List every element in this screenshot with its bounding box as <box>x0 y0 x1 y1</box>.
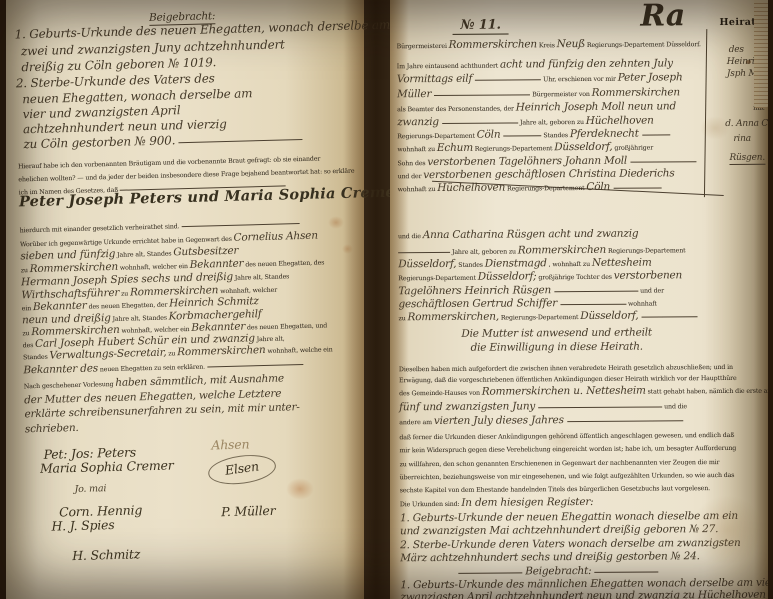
blank-underline <box>179 135 303 143</box>
left-page-content: Beigebracht:1. Geburts-Urkunde des neuen… <box>0 0 373 599</box>
printed-form-text: wohnhaft zu <box>398 186 438 193</box>
text-line: Vormittags eilf Uhr, erschienen vor mir … <box>397 65 713 81</box>
left-page: Beigebracht:1. Geburts-Urkunde des neuen… <box>6 0 364 599</box>
signature-line: H. Schmitz <box>72 536 408 563</box>
handwritten-text: Rommerskirchen <box>449 38 537 51</box>
handwritten-text: Cöln <box>586 181 613 193</box>
text-line: zwanzigsten April achtzehnhundert neun u… <box>400 583 716 599</box>
handwritten-text: Ra <box>640 0 685 34</box>
handwritten-text: Rüsgen. <box>729 153 765 165</box>
text-line: Die Urkunden sind: In dem hiesigen Regis… <box>400 489 716 505</box>
blank-underline <box>642 312 698 317</box>
handwritten-text: P. Müller <box>221 503 276 519</box>
blank-underline <box>613 183 661 188</box>
handwritten-text: rina <box>733 134 751 144</box>
blank-underline <box>475 75 541 80</box>
margin-note-line: Rüsgen. <box>729 145 773 159</box>
handwritten-text: die Einwilligung in diese Heirath. <box>471 341 643 354</box>
printed-form-text: Regierungs-Departement Düsseldorf. <box>585 41 701 49</box>
handwritten-text: zu Cöln gestorben № 900. <box>23 133 179 151</box>
text-line: Bürgermeisterei Rommerskirchen Kreis Neu… <box>397 31 773 48</box>
text-line: des Gemeinde-Hauses von Rommerskirchen u… <box>399 378 715 394</box>
left-photo-edge <box>0 0 6 599</box>
handwritten-text: H. Schmitz <box>72 546 140 563</box>
printed-form-text: zu <box>399 315 408 322</box>
printed-form-text: Regierungs-Departement <box>505 185 586 193</box>
handwritten-text: Maria Sophia Cremer <box>40 457 174 475</box>
text-line: wohnhaft zu Hüchelhoven Regierungs-Depar… <box>398 174 714 190</box>
marriage-register-scan: Beigebracht:1. Geburts-Urkunde des neuen… <box>0 0 773 599</box>
text-line: andere am vierten July dieses Jahres <box>399 407 715 423</box>
right-page: № 11.RaHeirathBürgermeisterei Rommerskir… <box>390 0 773 599</box>
printed-form-text: Kreis <box>537 42 557 49</box>
text-line: zu Rommerskirchen, Regierungs-Departemen… <box>398 303 714 319</box>
handwritten-text: schrieben. <box>25 422 79 435</box>
text-line: die Einwilligung in diese Heirath. <box>399 334 715 350</box>
handwritten-text: Ahsen <box>211 436 249 452</box>
margin-note-line: d. Anna Catha- <box>725 111 773 125</box>
handwritten-text: H. J. Spies <box>51 517 114 534</box>
handwritten-text: Jo. mai <box>74 483 106 495</box>
right-page-content: № 11.RaHeirathBürgermeisterei Rommerskir… <box>388 0 773 599</box>
text-line: und die Anna Catharina Rüsgen acht und z… <box>398 221 714 237</box>
handwritten-text: Hüchelhoven <box>437 182 505 194</box>
printed-form-text: Bürgermeisterei <box>397 43 449 50</box>
right-photo-edge <box>768 0 773 599</box>
blank-underline <box>567 416 683 422</box>
handwritten-text: zwanzigsten April achtzehnhundert neun u… <box>400 589 765 599</box>
handwritten-text: Neuß <box>557 38 585 50</box>
